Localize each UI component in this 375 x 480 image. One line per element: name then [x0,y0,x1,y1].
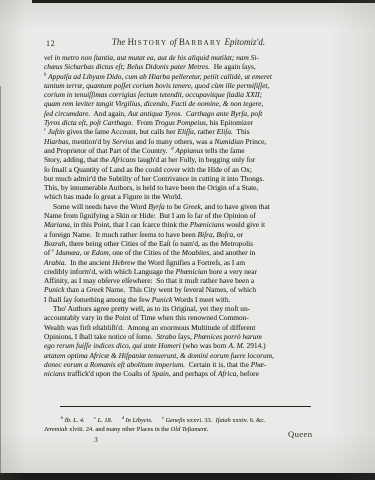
text-segment: In the ancient [66,258,112,267]
text-segment: xxxvi. 33. [185,417,216,424]
text-segment: donec eorum a Romanis eſt abolitum imper… [44,360,185,369]
text-segment: This, by innumerable Authors, is held to… [44,183,258,192]
text-segment: gives the ſame Account, but calls her [65,127,178,136]
text-line: Name from ſignifying a Skin or Hide: But… [44,211,340,220]
text-segment: traffick'd upon the Coaſts of [65,369,152,378]
text-line: c Juſtin gives the ſame Account, but cal… [44,127,340,136]
text-segment: Phœnicians [190,220,225,229]
text-segment: This [233,127,250,136]
text-segment: ſo ſmall a Quantity of Land as ſhe could… [44,165,252,174]
text-segment: bore a very near [207,267,257,276]
text-segment: mention'd by [70,137,112,146]
text-segment: quam rem leviter tangit Virgilius, dicen… [44,99,263,108]
text-segment: accountably vary in the Point of Time wh… [44,313,249,322]
text-segment: and another in [211,248,255,257]
text-segment: In Libycis. [124,417,153,424]
text-segment: and ſo many others, was a [134,137,214,146]
scan-edge-top [32,0,375,3]
text-segment: his Epitomizer [208,118,253,127]
text-segment: ARBARY [185,39,222,47]
text-line: ego rerum fuiſſe indices dico, qui ante … [44,341,340,350]
text-line: Mariana, in this Point, that I can ſcarc… [44,220,340,229]
text-line: of e Idumæa, or Edom, one of the Cities … [44,248,340,257]
text-line: but much admir'd the Subtilty of her Con… [44,174,340,183]
page-header: 12 The HISTORY of BARBARY Epitomiz'd. [44,37,333,49]
text-segment: Numidian [215,137,244,146]
text-segment: Spain, [152,369,171,378]
text-segment: ſed circumdare. [44,109,90,118]
signature-mark: 3 [94,435,98,444]
text-segment: Hiarbas, [44,137,70,146]
text-segment: Greek, [183,202,203,211]
text-line: Opinions, I ſhall take notice of ſome. S… [44,332,340,341]
text-segment: Servius [112,137,134,146]
text-segment: Words I meet with. [172,295,230,304]
text-segment: Iſaiah [216,417,231,424]
text-segment: or [235,230,243,239]
text-segment: Eliſa. [217,127,233,136]
text-segment: corium in tenuiſſimas corrigias ſectum t… [44,90,262,99]
text-segment: a foreign Name. It much rather ſeems to … [44,230,198,239]
text-line: Story, adding, that the Africans laugh'd… [44,155,340,164]
footnote-rule [60,406,311,407]
page-number: 12 [46,39,55,48]
text-segment: ISTORY [134,39,167,47]
text-line: I ſhall ſay ſomething among the few Puni… [44,295,340,304]
text-line: ſed circumdare. And again, Aut antiqua T… [44,109,340,118]
text-line: Arabia. In the ancient Hebrew the Word ſ… [44,258,340,267]
text-segment: Aut antiqua Tyros. Carthago ante Byrſa, … [128,109,262,118]
text-segment: Epitomiz'd. [224,37,265,47]
text-line: nicians traffick'd upon the Coaſts of Sp… [44,369,340,378]
text-segment: tells the ſame [203,146,244,155]
text-segment: Affinity, as I may obſerve elſewhere: So… [44,276,254,285]
text-line: chæus Sicharbas dictus eſt; Belus Didoni… [44,62,340,71]
text-line: corium in tenuiſſimas corrigias ſectum t… [44,90,340,99]
scan-edge-left [0,86,1,474]
text-segment: Biſra, Boſra, [198,230,236,239]
text-segment: Phœnices porrò harum [194,332,262,341]
text-segment: xlviii. 24. and many other Places in the [68,426,171,433]
text-segment: and Proprietor of that Part of the Count… [44,146,171,155]
text-segment: Edom, [91,248,110,257]
text-segment: Wealth was firſt eſtabliſh'd. Among an e… [44,323,255,332]
text-segment: Arabia. [44,258,66,267]
text-segment: laugh'd at her Folly, in begging only fo… [136,155,255,164]
text-segment [85,417,95,424]
text-line: ſo ſmall a Quantity of Land as ſhe could… [44,165,340,174]
text-line: Tho' Authors agree pretty well, as to it… [44,304,340,313]
text-line: tantum terræ, quantum poſſet corium bovi… [44,81,340,90]
text-segment: He again ſays, [210,62,256,71]
text-line: credibly inform'd, with which Language t… [44,267,340,276]
text-line: a foreign Name. It much rather ſeems to … [44,230,340,239]
text-segment: the Word ſignifies a Fortreſs, as I am [135,258,245,267]
text-line: Punick than a Greek Name. This City went… [44,285,340,294]
text-segment: 2914.) [245,341,266,350]
text-segment: Story, adding, that the [44,155,111,164]
text-line: vel in metro non ſtantia, aut mutat ea, … [44,53,340,62]
text-segment: Name from ſignifying a Skin or Hide: But… [44,211,256,220]
text-segment: Tyros dicta eſt, poſt Carthago. [44,118,133,127]
text-segment: Phœ- [251,360,267,369]
text-line: Hiarbas, mention'd by Servius and ſo man… [44,137,340,146]
text-line: Bozrah, there being other Cities of the … [44,239,340,248]
text-segment: Prince, [244,137,267,146]
text-segment: ſays, [176,332,193,341]
text-segment: I ſhall ſay ſomething among the few [44,295,152,304]
text-segment: Opinions, I ſhall take notice of ſome. [44,332,156,341]
text-segment: of [44,248,52,257]
text-segment: xxxiv. 6. &c. [231,417,266,424]
text-line: which has made ſo great a Figure in the … [44,192,340,201]
text-segment: Greek [86,285,104,294]
text-segment: The [112,37,128,47]
text-segment: Moabites, [182,248,211,257]
text-segment: From [133,118,155,127]
text-line: Tyros dicta eſt, poſt Carthago. From Tro… [44,118,340,127]
text-segment: Africa, [218,369,238,378]
text-line: Wealth was firſt eſtabliſh'd. Among an e… [44,323,340,332]
text-segment: Appulſa ad Libyam Dido, cum ab Hiarba pe… [48,72,272,81]
text-segment: Africans [111,155,136,164]
text-segment: Idumæa, [56,248,82,257]
text-segment [153,417,163,424]
text-segment: Byrſa [148,202,164,211]
text-segment: vel in metro non ſtantia, aut mutat ea, … [44,53,259,62]
text-line: accountably vary in the Point of Time wh… [44,313,340,322]
text-segment: one of the Cities of the [111,248,182,257]
text-segment: Some will needs have the Word [53,202,148,211]
text-segment: Punick [152,295,173,304]
text-segment: credibly inform'd, with which Language t… [44,267,176,276]
text-segment: L. 18. [96,417,112,424]
text-segment: there being other Cities of the Eaſt ſo … [67,239,253,248]
text-segment: Juſtin [48,127,65,136]
text-line: quam rem leviter tangit Virgilius, dicen… [44,99,340,108]
text-line: Some will needs have the Word Byrſa to b… [44,202,340,211]
text-segment: ætatem optima Africæ & Hiſpaniæ tenuerun… [44,351,274,360]
text-segment: than a [65,285,87,294]
text-segment: Ib. L. 4. [63,417,85,424]
text-segment: but much admir'd the Subtilty of her Con… [44,174,264,183]
text-segment: A. M. [228,341,244,350]
text-segment: would give it [224,220,265,229]
scan-edge-bottom [0,473,375,480]
catchword: Queen [288,429,312,439]
running-title: The HISTORY of BARBARY Epitomiz'd. [44,37,333,47]
text-segment: rather [196,127,217,136]
text-segment [112,417,122,424]
text-segment: Appianus [175,146,203,155]
text-line: and Proprietor of that Part of the Count… [44,146,340,155]
text-segment: Tho' Authors agree pretty well, as to it… [53,304,250,313]
text-segment: Strabo [156,332,176,341]
text-segment: and perhaps of [171,369,218,378]
text-line: donec eorum a Romanis eſt abolitum imper… [44,360,340,369]
text-segment: nicians [44,369,65,378]
text-segment: Jeremiah [44,426,68,433]
text-segment: Hebrew [112,258,135,267]
text-segment: of [170,37,177,47]
text-segment: (who was born [181,341,229,350]
text-segment: Punick [44,285,65,294]
text-segment: Old Teſtament. [171,426,209,433]
text-segment: or [82,248,92,257]
text-segment: in this Point, that I can ſcarce think t… [72,220,190,229]
text-segment: ego rerum fuiſſe indices dico, qui ante … [44,341,181,350]
scanned-book-page: 12 The HISTORY of BARBARY Epitomiz'd. ve… [0,0,375,480]
text-line: b Appulſa ad Libyam Dido, cum ab Hiarba … [44,72,340,81]
text-segment: Mariana, [44,220,72,229]
text-segment: And again, [90,109,128,118]
text-segment: before [238,369,259,378]
text-line: This, by innumerable Authors, is held to… [44,183,340,192]
text-line: Affinity, as I may obſerve elſewhere: So… [44,276,340,285]
body-text: vel in metro non ſtantia, aut mutat ea, … [44,53,340,378]
text-segment: and to have given that [203,202,270,211]
text-segment: tantum terræ, quantum poſſet corium bovi… [44,81,269,90]
text-segment: Name. This City went by ſeveral Names, o… [104,285,256,294]
text-segment: chæus Sicharbas dictus eſt; Belus Didoni… [44,62,210,71]
text-segment: to be [165,202,183,211]
text-segment: Trogus Pompeius, [155,118,208,127]
text-segment: Eliſſa, [177,127,195,136]
text-segment: which has made ſo great a Figure in the … [44,192,182,201]
text-segment: Geneſis [164,417,185,424]
text-line: ætatem optima Africæ & Hiſpaniæ tenuerun… [44,351,340,360]
text-segment: Phœnician [176,267,208,276]
text-line: b Ib. L. 4. c L. 18. d In Libycis. e Gen… [44,417,344,426]
text-segment: Bozrah, [44,239,67,248]
text-segment: Certain it is, that the [185,360,251,369]
